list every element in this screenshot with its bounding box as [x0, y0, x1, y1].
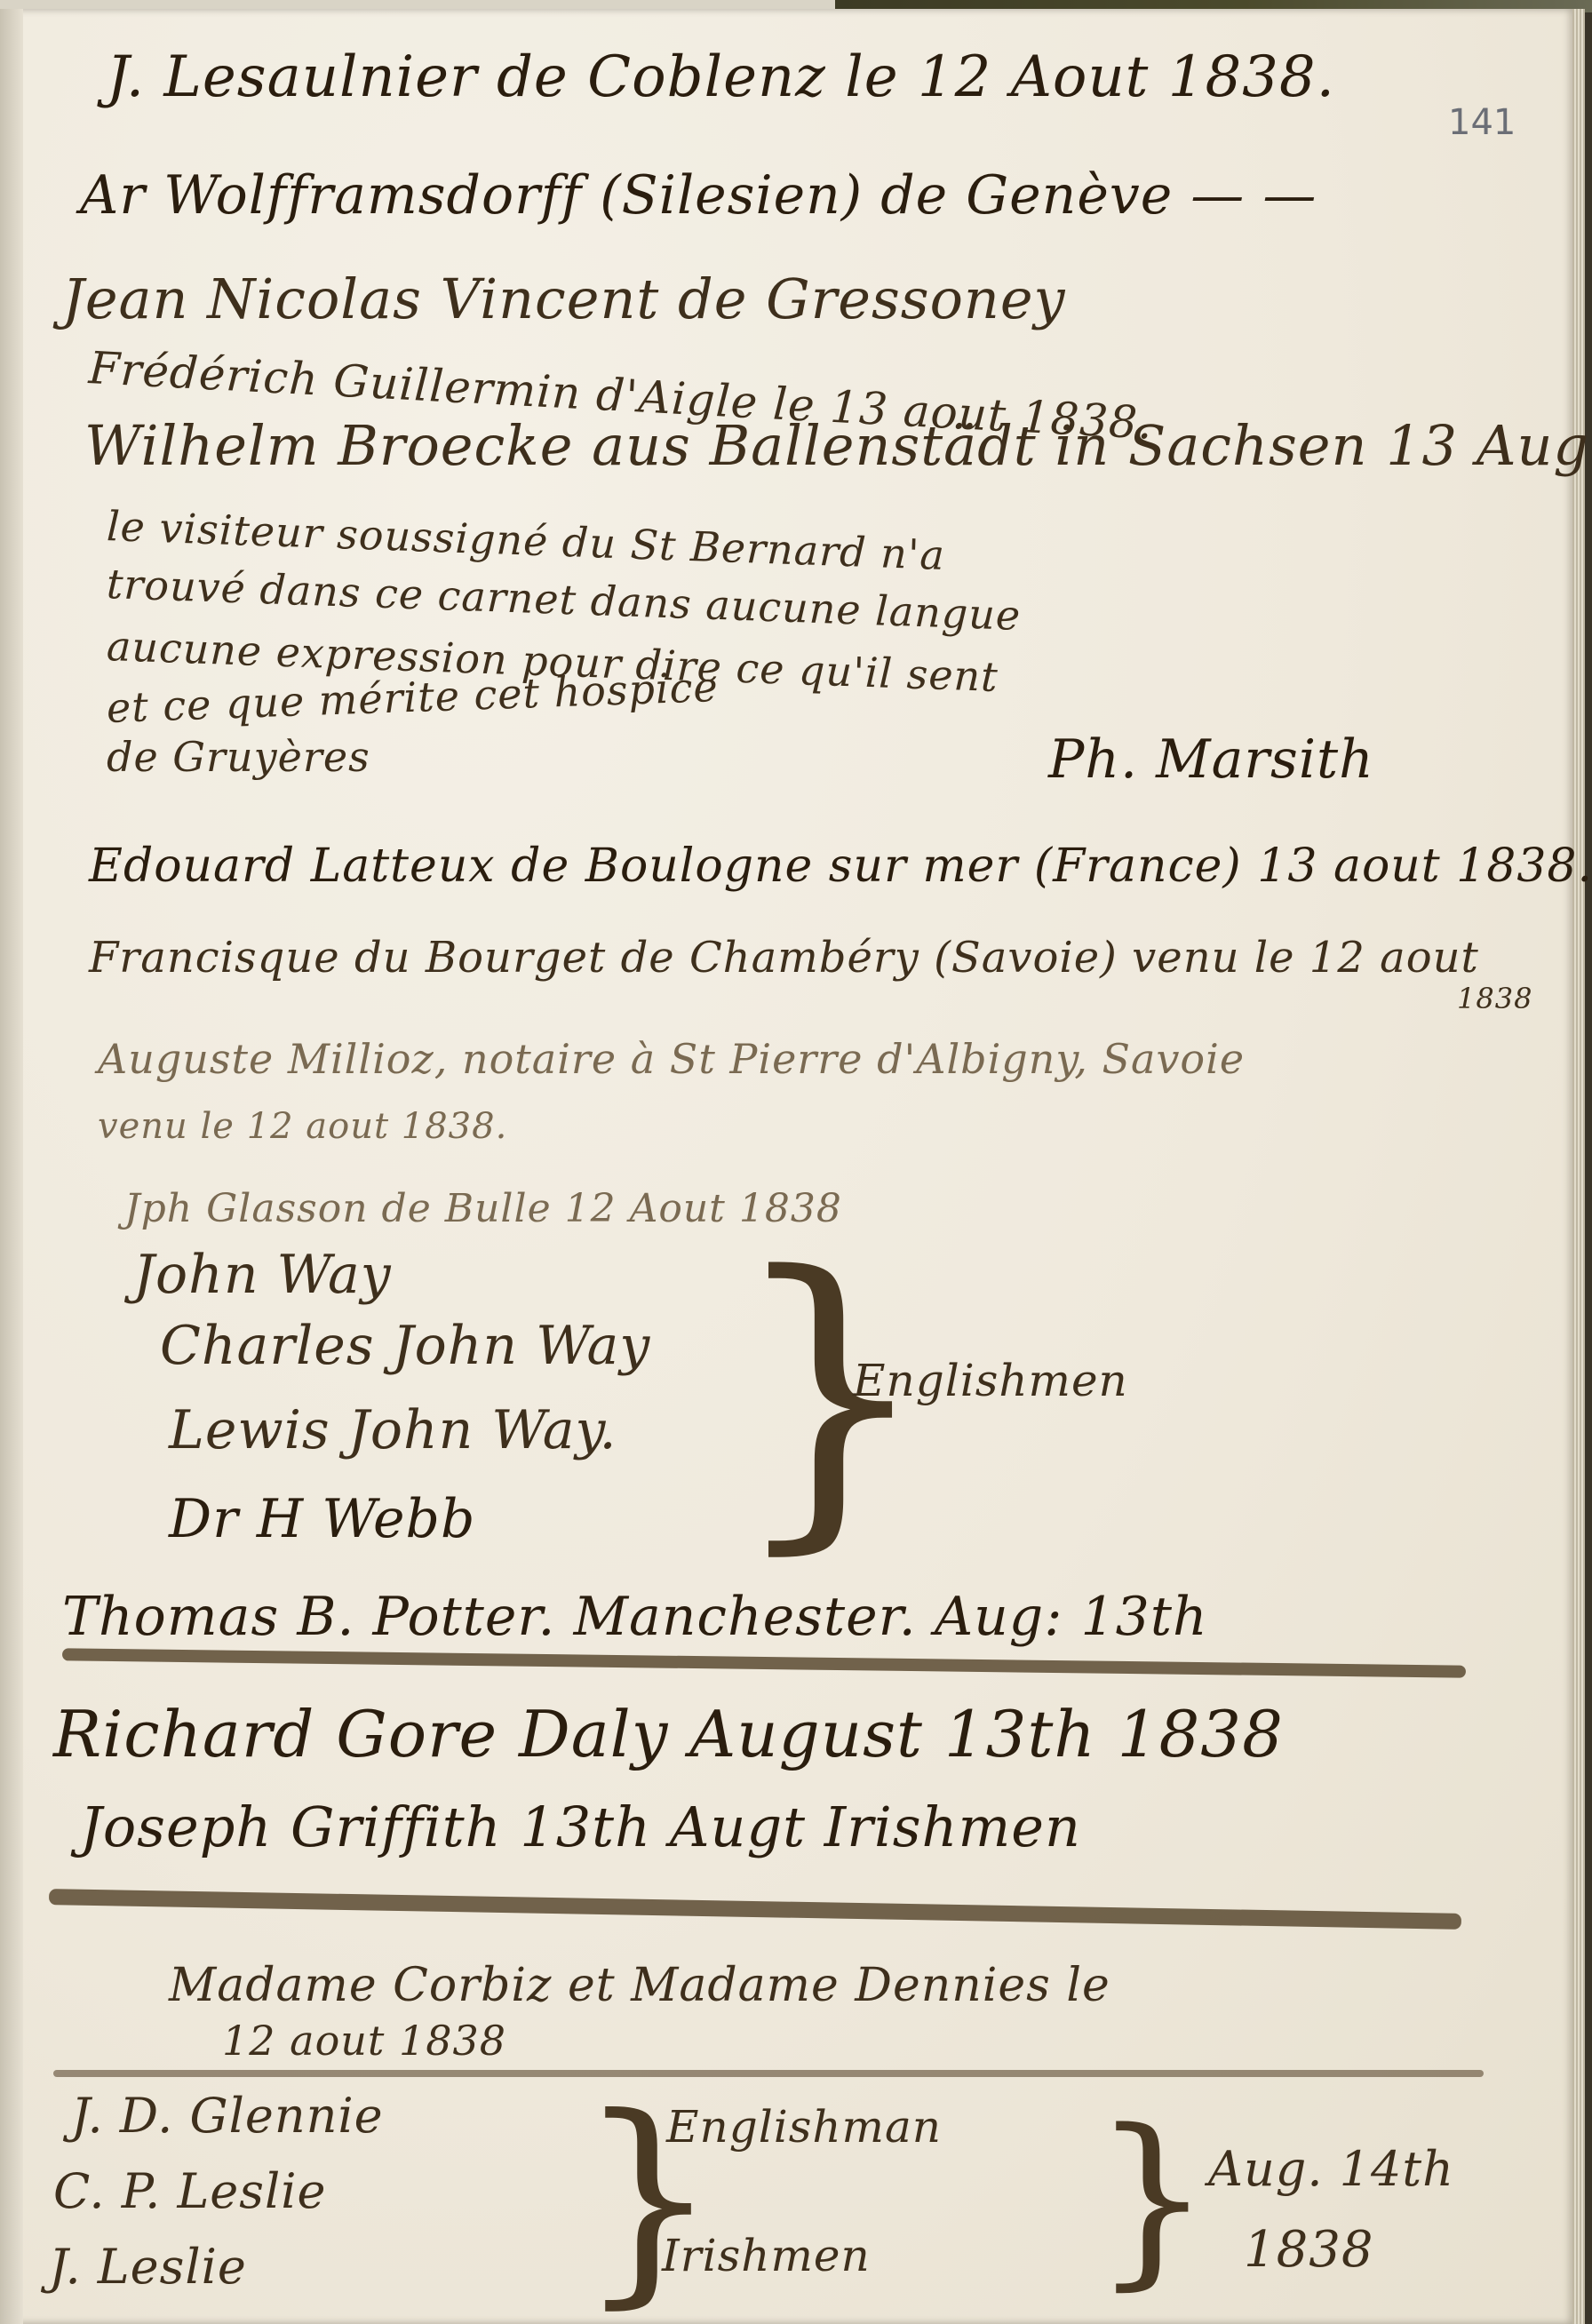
- entry-millioz-line-1: Auguste Millioz, notaire à St Pierre d'A…: [98, 1035, 1245, 1083]
- entry-daly: Richard Gore Daly August 13th 1838: [53, 1697, 1284, 1771]
- page-edges: [1572, 9, 1585, 2324]
- divider-rule-3: [53, 2070, 1484, 2077]
- manuscript-page: 141 J. Lesaulnier de Coblenz le 12 Aout …: [0, 9, 1585, 2324]
- entry-way-name-4: Dr H Webb: [169, 1488, 475, 1550]
- entry-wolfframsdorff: Ar Wolfframsdorff (Silesien) de Genève —…: [80, 164, 1317, 227]
- entry-way-name-2: Charles John Way: [160, 1315, 650, 1377]
- label-irishmen: Irishmen: [662, 2230, 871, 2281]
- entry-potter: Thomas B. Potter. Manchester. Aug: 13th: [62, 1586, 1208, 1648]
- entry-millioz-line-2: venu le 12 aout 1838.: [98, 1106, 507, 1147]
- entry-broecke: Wilhelm Broecke aus Ballenstädt in Sachs…: [84, 413, 1592, 478]
- entry-madames-line-1: Madame Corbiz et Madame Dennies le: [169, 1959, 1110, 2012]
- label-englishmen: Englishmen: [853, 1355, 1128, 1406]
- label-englishman: Englishman: [666, 2101, 942, 2153]
- entry-way-name-3: Lewis John Way.: [169, 1399, 617, 1461]
- page-number: 141: [1448, 102, 1516, 143]
- entry-bourget: Francisque du Bourget de Chambéry (Savoi…: [89, 933, 1479, 983]
- entry-glennie: J. D. Glennie: [71, 2088, 384, 2144]
- entry-j-leslie: J. Leslie: [49, 2239, 247, 2295]
- entry-visiteur-line-4: et ce que mérite cet hospice: [106, 663, 719, 732]
- group-brace-3: }: [1093, 2105, 1212, 2292]
- entry-year-1838: 1838: [1244, 2221, 1374, 2279]
- entry-griffith: Joseph Griffith 13th Augt Irishmen: [80, 1795, 1081, 1859]
- divider-rule-2: [49, 1889, 1461, 1930]
- signature-marsith: Ph. Marsith: [1048, 728, 1374, 791]
- page-gutter: [0, 9, 23, 2324]
- divider-rule-1: [62, 1648, 1466, 1677]
- entry-way-name-1: John Way: [133, 1244, 392, 1306]
- entry-cp-leslie: C. P. Leslie: [53, 2163, 326, 2219]
- entry-bourget-year: 1838: [1457, 982, 1532, 1015]
- entry-lesaulnier: J. Lesaulnier de Coblenz le 12 Aout 1838…: [107, 44, 1335, 110]
- entry-latteux: Edouard Latteux de Boulogne sur mer (Fra…: [89, 840, 1592, 893]
- entry-visiteur-line-5: de Gruyères: [107, 733, 370, 781]
- entry-madames-line-2: 12 aout 1838: [222, 2017, 506, 2065]
- entry-vincent: Jean Nicolas Vincent de Gressoney: [62, 267, 1066, 331]
- entry-date-aug14: Aug. 14th: [1208, 2141, 1454, 2197]
